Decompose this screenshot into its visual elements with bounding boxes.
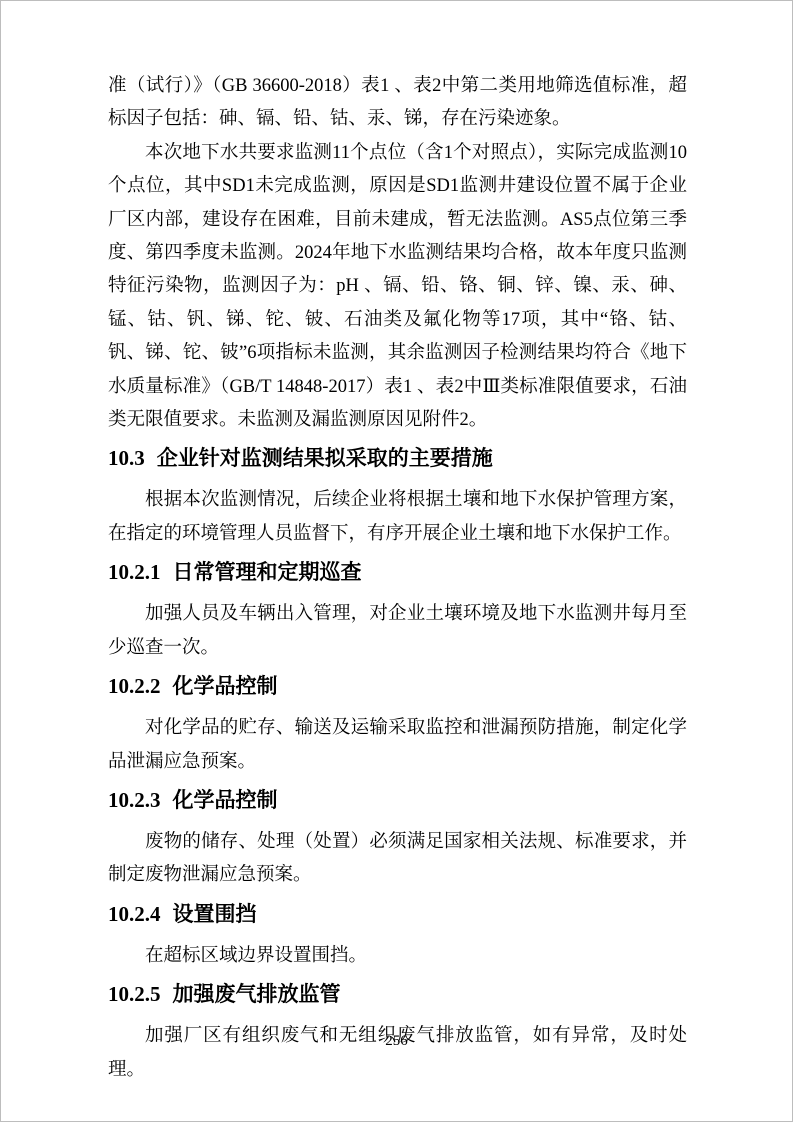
section-title: 化学品控制 (173, 788, 278, 812)
section-title: 日常管理和定期巡查 (173, 560, 362, 584)
document-body: 准（试行）》（GB 36600-2018）表1 、表2中第二类用地筛选值标准，超… (108, 70, 687, 1087)
section-title: 加强废气排放监管 (173, 982, 341, 1006)
section-title: 设置围挡 (173, 902, 257, 926)
continuation-paragraph: 准（试行）》（GB 36600-2018）表1 、表2中第二类用地筛选值标准，超… (108, 70, 687, 137)
section-heading-10-2-3: 10.2.3化学品控制 (108, 782, 687, 818)
section-number: 10.2.1 (108, 560, 161, 584)
section-heading-10-2-5: 10.2.5加强废气排放监管 (108, 976, 687, 1012)
section-heading-10-3: 10.3企业针对监测结果拟采取的主要措施 (108, 440, 687, 476)
section-heading-10-2-1: 10.2.1日常管理和定期巡查 (108, 554, 687, 590)
section-number: 10.2.5 (108, 982, 161, 1006)
page-number: 256 (1, 1031, 792, 1051)
section-title: 企业针对监测结果拟采取的主要措施 (157, 446, 493, 470)
document-page: { "page": { "number": "256" }, "document… (0, 0, 793, 1122)
section-number: 10.2.4 (108, 902, 161, 926)
section-heading-10-2-2: 10.2.2化学品控制 (108, 668, 687, 704)
section-number: 10.2.3 (108, 788, 161, 812)
section-paragraph: 根据本次监测情况，后续企业将根据土壤和地下水保护管理方案，在指定的环境管理人员监… (108, 484, 687, 551)
section-number: 10.3 (108, 446, 145, 470)
section-heading-10-2-4: 10.2.4设置围挡 (108, 896, 687, 932)
section-paragraph: 加强人员及车辆出入管理，对企业土壤环境及地下水监测井每月至少巡查一次。 (108, 598, 687, 665)
section-number: 10.2.2 (108, 674, 161, 698)
body-paragraph: 本次地下水共要求监测11个点位（含1个对照点），实际完成监测10个点位，其中SD… (108, 137, 687, 438)
section-paragraph: 对化学品的贮存、输送及运输采取监控和泄漏预防措施，制定化学品泄漏应急预案。 (108, 712, 687, 779)
section-paragraph: 在超标区域边界设置围挡。 (108, 940, 687, 973)
section-paragraph: 废物的储存、处理（处置）必须满足国家相关法规、标准要求，并制定废物泄漏应急预案。 (108, 826, 687, 893)
section-title: 化学品控制 (173, 674, 278, 698)
